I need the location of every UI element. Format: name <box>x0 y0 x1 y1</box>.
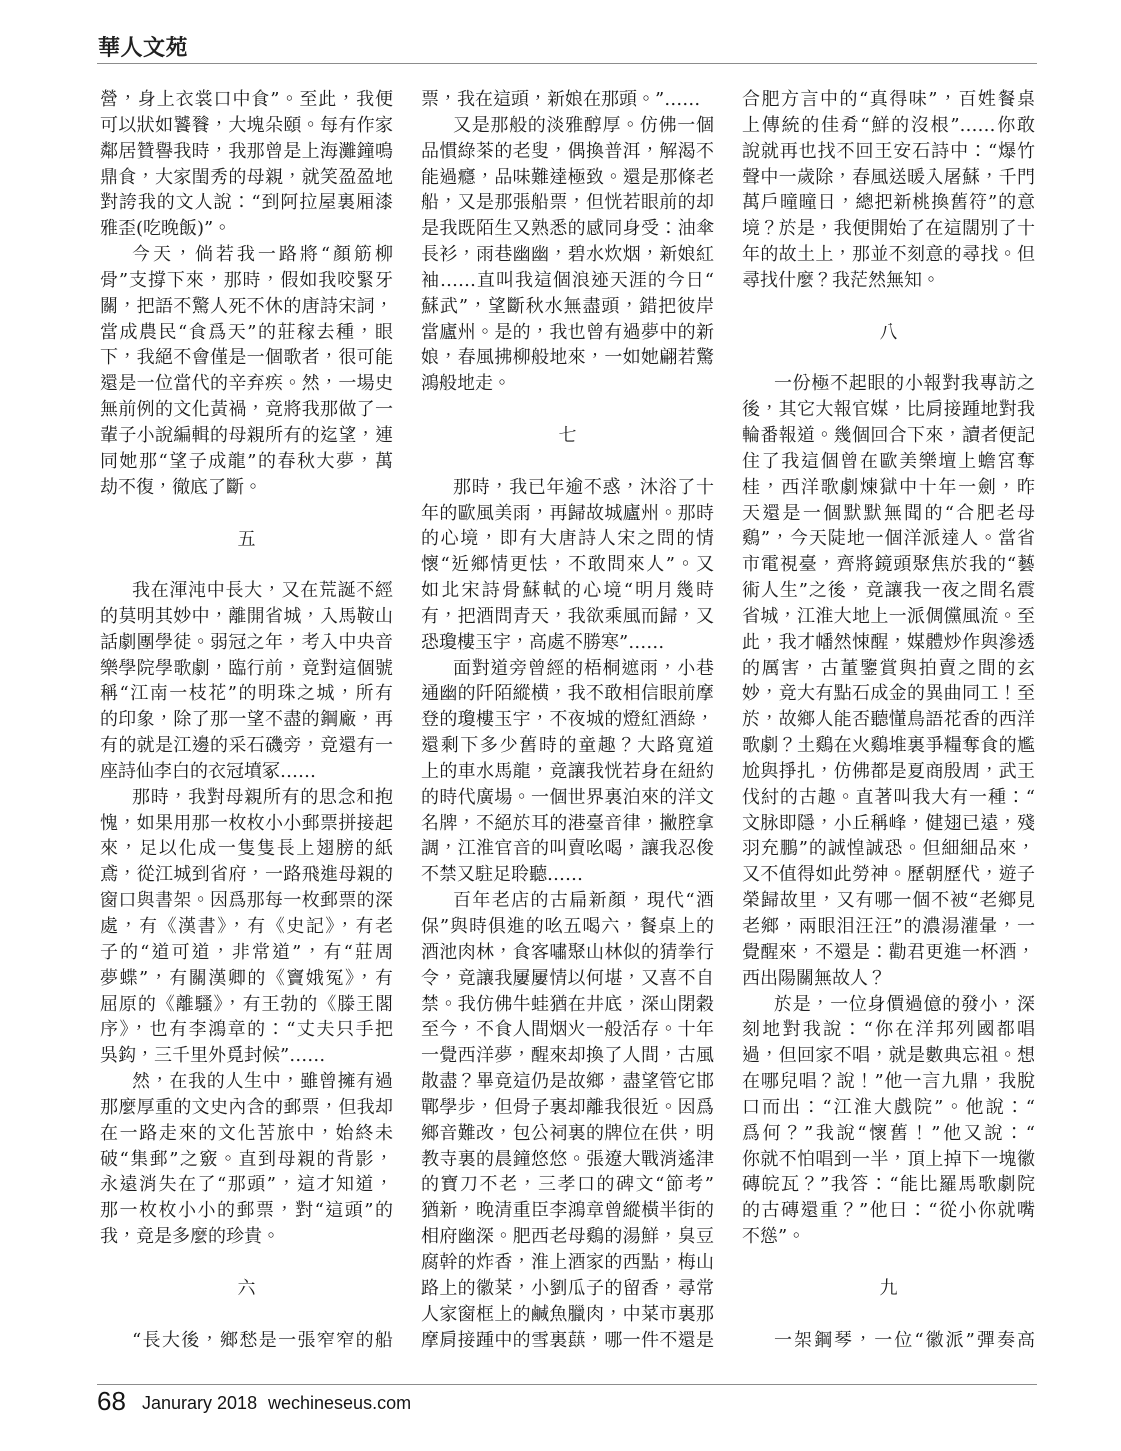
paragraph: 那時，我對母親所有的思念和抱 愧，如果用那一枚枚小小郵票拼接起 來，足以化成一隻… <box>100 785 393 1069</box>
text-line: 鄰居贊譽我時，我那曾是上海灘鐘鳴 <box>100 139 393 165</box>
text-line: 的厲害，古董鑒賞與拍賣之間的玄 <box>742 656 1035 682</box>
text-line: 處，有《漢書》，有《史記》，有老 <box>100 914 393 940</box>
website-url: wechineseus.com <box>268 1392 411 1414</box>
paragraph: 又是那般的淡雅醇厚。仿佛一個 品慣綠茶的老叟，偶換普洱，解渴不 能過癮，品味難達… <box>421 113 714 397</box>
text-line: 省城，江淮大地上一派倜儻風流。至 <box>742 604 1035 630</box>
text-line: 那時，我對母親所有的思念和抱 <box>100 785 393 811</box>
text-line: 羽充鵬”的誠惶誠恐。但細細品來， <box>742 836 1035 862</box>
section-heading: 九 <box>742 1250 1035 1328</box>
text-line: 通幽的阡陌縱横，我不敢相信眼前摩 <box>421 681 714 707</box>
paragraph: 今天，倘若我一路將“顏筋柳 骨”支撐下來，那時，假如我咬緊牙 關，把語不驚人死不… <box>100 242 393 500</box>
text-line: 懷“近鄉情更怯，不敢問來人”。又 <box>421 552 714 578</box>
text-line: 子的“道可道，非常道”，有“莊周 <box>100 940 393 966</box>
paragraph: 百年老店的古扁新顏，現代“酒 保”與時俱進的吆五喝六，餐桌上的 酒池肉林，食客嘯… <box>421 888 714 1353</box>
text-line: 說就再也找不回王安石詩中：“爆竹 <box>742 139 1035 165</box>
text-line: 歌劇？土鷄在火鷄堆裏爭糧奪食的尷 <box>742 733 1035 759</box>
text-line: 劫不復，徹底了斷。 <box>100 475 393 501</box>
text-line: 又是那般的淡雅醇厚。仿佛一個 <box>421 113 714 139</box>
text-line: 如北宋詩骨蘇軾的心境“明月幾時 <box>421 578 714 604</box>
article-column-3: 合肥方言中的“真得味”，百姓餐桌 上傳統的佳肴“鮮的沒根”……你敢 說就再也找不… <box>742 87 1035 1353</box>
text-line: 摩肩接踵中的雪裏蕻，哪一件不還是 <box>421 1328 714 1354</box>
text-line: 的時代廣場。一個世界裏泊來的洋文 <box>421 785 714 811</box>
text-line: 名牌，不絕於耳的港臺音律，撇腔拿 <box>421 811 714 837</box>
text-line: 當成農民“食爲天”的莊稼去種，眼 <box>100 320 393 346</box>
text-line: 散盡？畢竟這仍是故鄉，盡望管它邯 <box>421 1069 714 1095</box>
text-line: 一覺西洋夢，醒來却換了人間，古風 <box>421 1043 714 1069</box>
article-column-2: 票，我在這頭，新娘在那頭。”…… 又是那般的淡雅醇厚。仿佛一個 品慣綠茶的老叟，… <box>421 87 714 1353</box>
section-title: 華人文苑 <box>98 36 188 62</box>
text-line: 鼎食，大家閨秀的母親，就笑盈盈地 <box>100 165 393 191</box>
text-line: 恐瓊樓玉宇，高處不勝寒”…… <box>421 630 714 656</box>
text-line: 爲何？”我說“懷舊！”他又說：“ <box>742 1121 1035 1147</box>
text-line: 路上的徽菜，小劉瓜子的留香，尋常 <box>421 1276 714 1302</box>
text-line: 蘇武”，望斷秋水無盡頭，錯把彼岸 <box>421 294 714 320</box>
text-line: 有的就是江邊的采石磯旁，竟還有一 <box>100 733 393 759</box>
text-line: 話劇團學徒。弱冠之年，考入中央音 <box>100 630 393 656</box>
paragraph: 我在渾沌中長大，又在荒誕不經 的莫明其妙中，離開省城，入馬鞍山 話劇團學徒。弱冠… <box>100 578 393 785</box>
text-line: 上的車水馬龍，竟讓我恍若身在紐約 <box>421 759 714 785</box>
text-line: 面對道旁曾經的梧桐遮雨，小巷 <box>421 656 714 682</box>
text-line: 那時，我已年逾不惑，沐浴了十 <box>421 475 714 501</box>
text-line: 猶新，晚清重臣李鴻章曾縱橫半街的 <box>421 1198 714 1224</box>
text-line: 榮歸故里，又有哪一個不被“老鄉見 <box>742 888 1035 914</box>
text-line: 座詩仙李白的衣冠墳冢…… <box>100 759 393 785</box>
text-line: 長衫，雨巷幽幽，碧水炊烟，新娘紅 <box>421 242 714 268</box>
text-line: 能過癮，品味難達極致。還是那條老 <box>421 165 714 191</box>
text-line: 至今，不食人間烟火一般活存。十年 <box>421 1017 714 1043</box>
text-line: 年的故土上，那並不刻意的尋找。但 <box>742 242 1035 268</box>
page-footer: 68 Janurary 2018 wechineseus.com <box>97 1384 1037 1425</box>
text-line: 今天，倘若我一路將“顏筋柳 <box>100 242 393 268</box>
section-heading: 八 <box>742 294 1035 372</box>
text-line: 天還是一個默默無聞的“合肥老母 <box>742 501 1035 527</box>
text-line: 不禁又駐足聆聽…… <box>421 862 714 888</box>
paragraph: 票，我在這頭，新娘在那頭。”…… <box>421 87 714 113</box>
text-line: 品慣綠茶的老叟，偶換普洱，解渴不 <box>421 139 714 165</box>
text-line: 保”與時俱進的吆五喝六，餐桌上的 <box>421 914 714 940</box>
text-line: 合肥方言中的“真得味”，百姓餐桌 <box>742 87 1035 113</box>
text-line: 是我既陌生又熟悉的感同身受：油傘 <box>421 216 714 242</box>
paragraph: 面對道旁曾經的梧桐遮雨，小巷 通幽的阡陌縱横，我不敢相信眼前摩 登的瓊樓玉宇，不… <box>421 656 714 889</box>
paragraph: 然，在我的人生中，雖曾擁有過 那麼厚重的文史內含的郵票，但我却 在一路走來的文化… <box>100 1069 393 1250</box>
text-line: 尬與掙扎，仿佛都是夏商殷周，武王 <box>742 759 1035 785</box>
text-line: 桂，西洋歌劇煉獄中十年一劍，昨 <box>742 475 1035 501</box>
text-line: 調，江淮官音的叫賣吆喝，讓我忍俊 <box>421 836 714 862</box>
text-line: 骨”支撐下來，那時，假如我咬緊牙 <box>100 268 393 294</box>
text-line: 還剩下多少舊時的童趣？大路寬道 <box>421 733 714 759</box>
text-line: 你就不怕唱到一半，頂上掉下一塊徽 <box>742 1147 1035 1173</box>
text-line: 鄉音難改，包公祠裏的牌位在供，明 <box>421 1121 714 1147</box>
text-line: 刻地對我說：“你在洋邦列國都唱 <box>742 1017 1035 1043</box>
issue-date: Janurary 2018 <box>142 1392 257 1414</box>
text-line: 那麼厚重的文史內含的郵票，但我却 <box>100 1095 393 1121</box>
text-line: 袖……直叫我這個浪迹天涯的今日“ <box>421 268 714 294</box>
section-heading: 六 <box>100 1250 393 1328</box>
section-heading: 五 <box>100 501 393 579</box>
text-line: 對誇我的文人說：“到阿拉屋裏厢漆 <box>100 190 393 216</box>
text-line: 無前例的文化黃禍，竟將我那做了一 <box>100 397 393 423</box>
text-line: 樂學院學歌劇，臨行前，竟對這個號 <box>100 656 393 682</box>
text-line: 又不值得如此勞神。歷朝歷代，遊子 <box>742 862 1035 888</box>
text-line: 腐幹的炸香，淮上酒家的西點，梅山 <box>421 1250 714 1276</box>
text-line: 票，我在這頭，新娘在那頭。”…… <box>421 87 714 113</box>
text-line: 鷄”，今天陡地一個洋派達人。當省 <box>742 526 1035 552</box>
page-number: 68 <box>97 1387 126 1415</box>
text-line: 尋找什麼？我茫然無知。 <box>742 268 1035 294</box>
text-line: “長大後，鄉愁是一張窄窄的船 <box>100 1328 393 1354</box>
text-line: 在一路走來的文化苦旅中，始終未 <box>100 1121 393 1147</box>
text-line: 酒池肉林，食客嘯聚山林似的猜拳行 <box>421 940 714 966</box>
text-line: 不慫”。 <box>742 1224 1035 1250</box>
text-line: 年的歐風美雨，再歸故城廬州。那時 <box>421 501 714 527</box>
text-line: 住了我這個曾在歐美樂壇上蟾宮奪 <box>742 449 1035 475</box>
text-line: 下，我絕不會僅是一個歌者，很可能 <box>100 345 393 371</box>
text-line: 上傳統的佳肴“鮮的沒根”……你敢 <box>742 113 1035 139</box>
text-line: 登的瓊樓玉宇，不夜城的燈紅酒綠， <box>421 707 714 733</box>
text-line: 相府幽深。肥西老母鷄的湯鮮，臭豆 <box>421 1224 714 1250</box>
text-line: 伐紂的古趣。直著叫我大有一種：“ <box>742 785 1035 811</box>
text-line: 有，把酒問青天，我欲乘風而歸，又 <box>421 604 714 630</box>
text-line: 文脉即隱，小丘稱峰，健翅已遠，殘 <box>742 811 1035 837</box>
paragraph: 營，身上衣裳口中食”。至此，我便 可以狀如饕餮，大塊朵頤。每有作家 鄰居贊譽我時… <box>100 87 393 242</box>
text-line: 鳶，從江城到省府，一路飛進母親的 <box>100 862 393 888</box>
text-line: 禁。我仿佛牛蛙猶在井底，深山閉穀 <box>421 992 714 1018</box>
text-line: 還是一位當代的辛弃疾。然，一場史 <box>100 371 393 397</box>
text-line: 我在渾沌中長大，又在荒誕不經 <box>100 578 393 604</box>
text-line: 的心境，即有大唐詩人宋之問的情 <box>421 526 714 552</box>
text-line: 船，又是那張船票，但恍若眼前的却 <box>421 190 714 216</box>
text-line: 妙，竟大有點石成金的異曲同工！至 <box>742 681 1035 707</box>
paragraph: 一份極不起眼的小報對我專訪之 後，其它大報官媒，比肩接踵地對我 輪番報道。幾個回… <box>742 371 1035 991</box>
text-line: 那一枚枚小小的郵票，對“這頭”的 <box>100 1198 393 1224</box>
text-line: 雅歪(吃晚飯)”。 <box>100 216 393 242</box>
text-line: 口而出：“江淮大戲院”。他說：“ <box>742 1095 1035 1121</box>
text-line: 於，故鄉人能否聽懂鳥語花香的西洋 <box>742 707 1035 733</box>
text-line: 吳鈎，三千里外覓封候”…… <box>100 1043 393 1069</box>
text-line: 人家窗框上的鹹魚臘肉，中菜市裏那 <box>421 1302 714 1328</box>
text-line: 營，身上衣裳口中食”。至此，我便 <box>100 87 393 113</box>
paragraph: 那時，我已年逾不惑，沐浴了十 年的歐風美雨，再歸故城廬州。那時 的心境，即有大唐… <box>421 475 714 656</box>
text-line: 境？於是，我便開始了在這闊別了十 <box>742 216 1035 242</box>
text-line: 我，竟是多麼的珍貴。 <box>100 1224 393 1250</box>
paragraph: “長大後，鄉愁是一張窄窄的船 <box>100 1328 393 1354</box>
text-line: 當廬州。是的，我也曾有過夢中的新 <box>421 320 714 346</box>
text-line: 此，我才幡然悚醒，媒體炒作與滲透 <box>742 630 1035 656</box>
text-line: 可以狀如饕餮，大塊朵頤。每有作家 <box>100 113 393 139</box>
text-line: 市電視臺，齊將鏡頭聚焦於我的“藝 <box>742 552 1035 578</box>
text-line: 鴻般地走。 <box>421 371 714 397</box>
text-line: 西出陽關無故人？ <box>742 966 1035 992</box>
text-line: 稱“江南一枝花”的明珠之城，所有 <box>100 681 393 707</box>
text-line: 百年老店的古扁新顏，現代“酒 <box>421 888 714 914</box>
text-line: 後，其它大報官媒，比肩接踵地對我 <box>742 397 1035 423</box>
text-line: 愧，如果用那一枚枚小小郵票拼接起 <box>100 811 393 837</box>
text-line: 的莫明其妙中，離開省城，入馬鞍山 <box>100 604 393 630</box>
text-line: 術人生”之後，竟讓我一夜之間名震 <box>742 578 1035 604</box>
text-line: 窗口與書架。因爲那每一枚郵票的深 <box>100 888 393 914</box>
text-line: 老鄉，兩眼泪汪汪”的濃湯灌暈，一 <box>742 914 1035 940</box>
text-line: 娘，春風拂柳般地來，一如她翩若驚 <box>421 345 714 371</box>
text-line: 於是，一位身價過億的發小，深 <box>742 992 1035 1018</box>
text-line: 來，足以化成一隻隻長上翅膀的紙 <box>100 836 393 862</box>
text-line: 在哪兒唱？說！”他一言九鼎，我脫 <box>742 1069 1035 1095</box>
text-line: 永遠消失在了“那頭”，這才知道， <box>100 1172 393 1198</box>
text-line: 聲中一歲除，春風送暖入屠蘇，千門 <box>742 165 1035 191</box>
text-line: 過，但回家不唱，就是數典忘祖。想 <box>742 1043 1035 1069</box>
text-line: 破“集郵”之竅。直到母親的背影， <box>100 1147 393 1173</box>
text-line: 夢蝶”，有關漢卿的《竇娥冤》，有 <box>100 966 393 992</box>
text-line: 令，竟讓我屢屢情以何堪，又喜不自 <box>421 966 714 992</box>
paragraph: 合肥方言中的“真得味”，百姓餐桌 上傳統的佳肴“鮮的沒根”……你敢 說就再也找不… <box>742 87 1035 294</box>
article-column-1: 營，身上衣裳口中食”。至此，我便 可以狀如饕餮，大塊朵頤。每有作家 鄰居贊譽我時… <box>100 87 393 1353</box>
text-line: 一份極不起眼的小報對我專訪之 <box>742 371 1035 397</box>
text-line: 覺醒來，不還是：勸君更進一杯酒， <box>742 940 1035 966</box>
section-heading: 七 <box>421 397 714 475</box>
magazine-section-header: 華人文苑 <box>97 36 1037 64</box>
text-line: 磚皖瓦？”我答：“能比羅馬歌劇院 <box>742 1172 1035 1198</box>
text-line: 同她那“望子成龍”的春秋大夢，萬 <box>100 449 393 475</box>
text-line: 一架鋼琴，一位“徽派”彈奏高 <box>742 1328 1035 1354</box>
text-line: 輩子小說編輯的母親所有的迄望，連 <box>100 423 393 449</box>
text-line: 屈原的《離騷》，有王勃的《滕王閣 <box>100 992 393 1018</box>
text-line: 關，把語不驚人死不休的唐詩宋詞， <box>100 294 393 320</box>
paragraph: 一架鋼琴，一位“徽派”彈奏高 <box>742 1328 1035 1354</box>
text-line: 萬戶曈曈日，總把新桃換舊符”的意 <box>742 190 1035 216</box>
text-line: 鄲學步，但骨子裏却離我很近。因爲 <box>421 1095 714 1121</box>
text-line: 輪番報道。幾個回合下來，讀者便記 <box>742 423 1035 449</box>
text-line: 的印象，除了那一望不盡的鋼廠，再 <box>100 707 393 733</box>
text-line: 然，在我的人生中，雖曾擁有過 <box>100 1069 393 1095</box>
text-line: 的古磚還重？”他曰：“從小你就嘴 <box>742 1198 1035 1224</box>
text-line: 序》，也有李鴻章的：“丈夫只手把 <box>100 1017 393 1043</box>
text-line: 的寶刀不老，三孝口的碑文“節考” <box>421 1172 714 1198</box>
paragraph: 於是，一位身價過億的發小，深 刻地對我說：“你在洋邦列國都唱 過，但回家不唱，就… <box>742 992 1035 1250</box>
text-line: 教寺裏的晨鐘悠悠。張遼大戰消遙津 <box>421 1147 714 1173</box>
